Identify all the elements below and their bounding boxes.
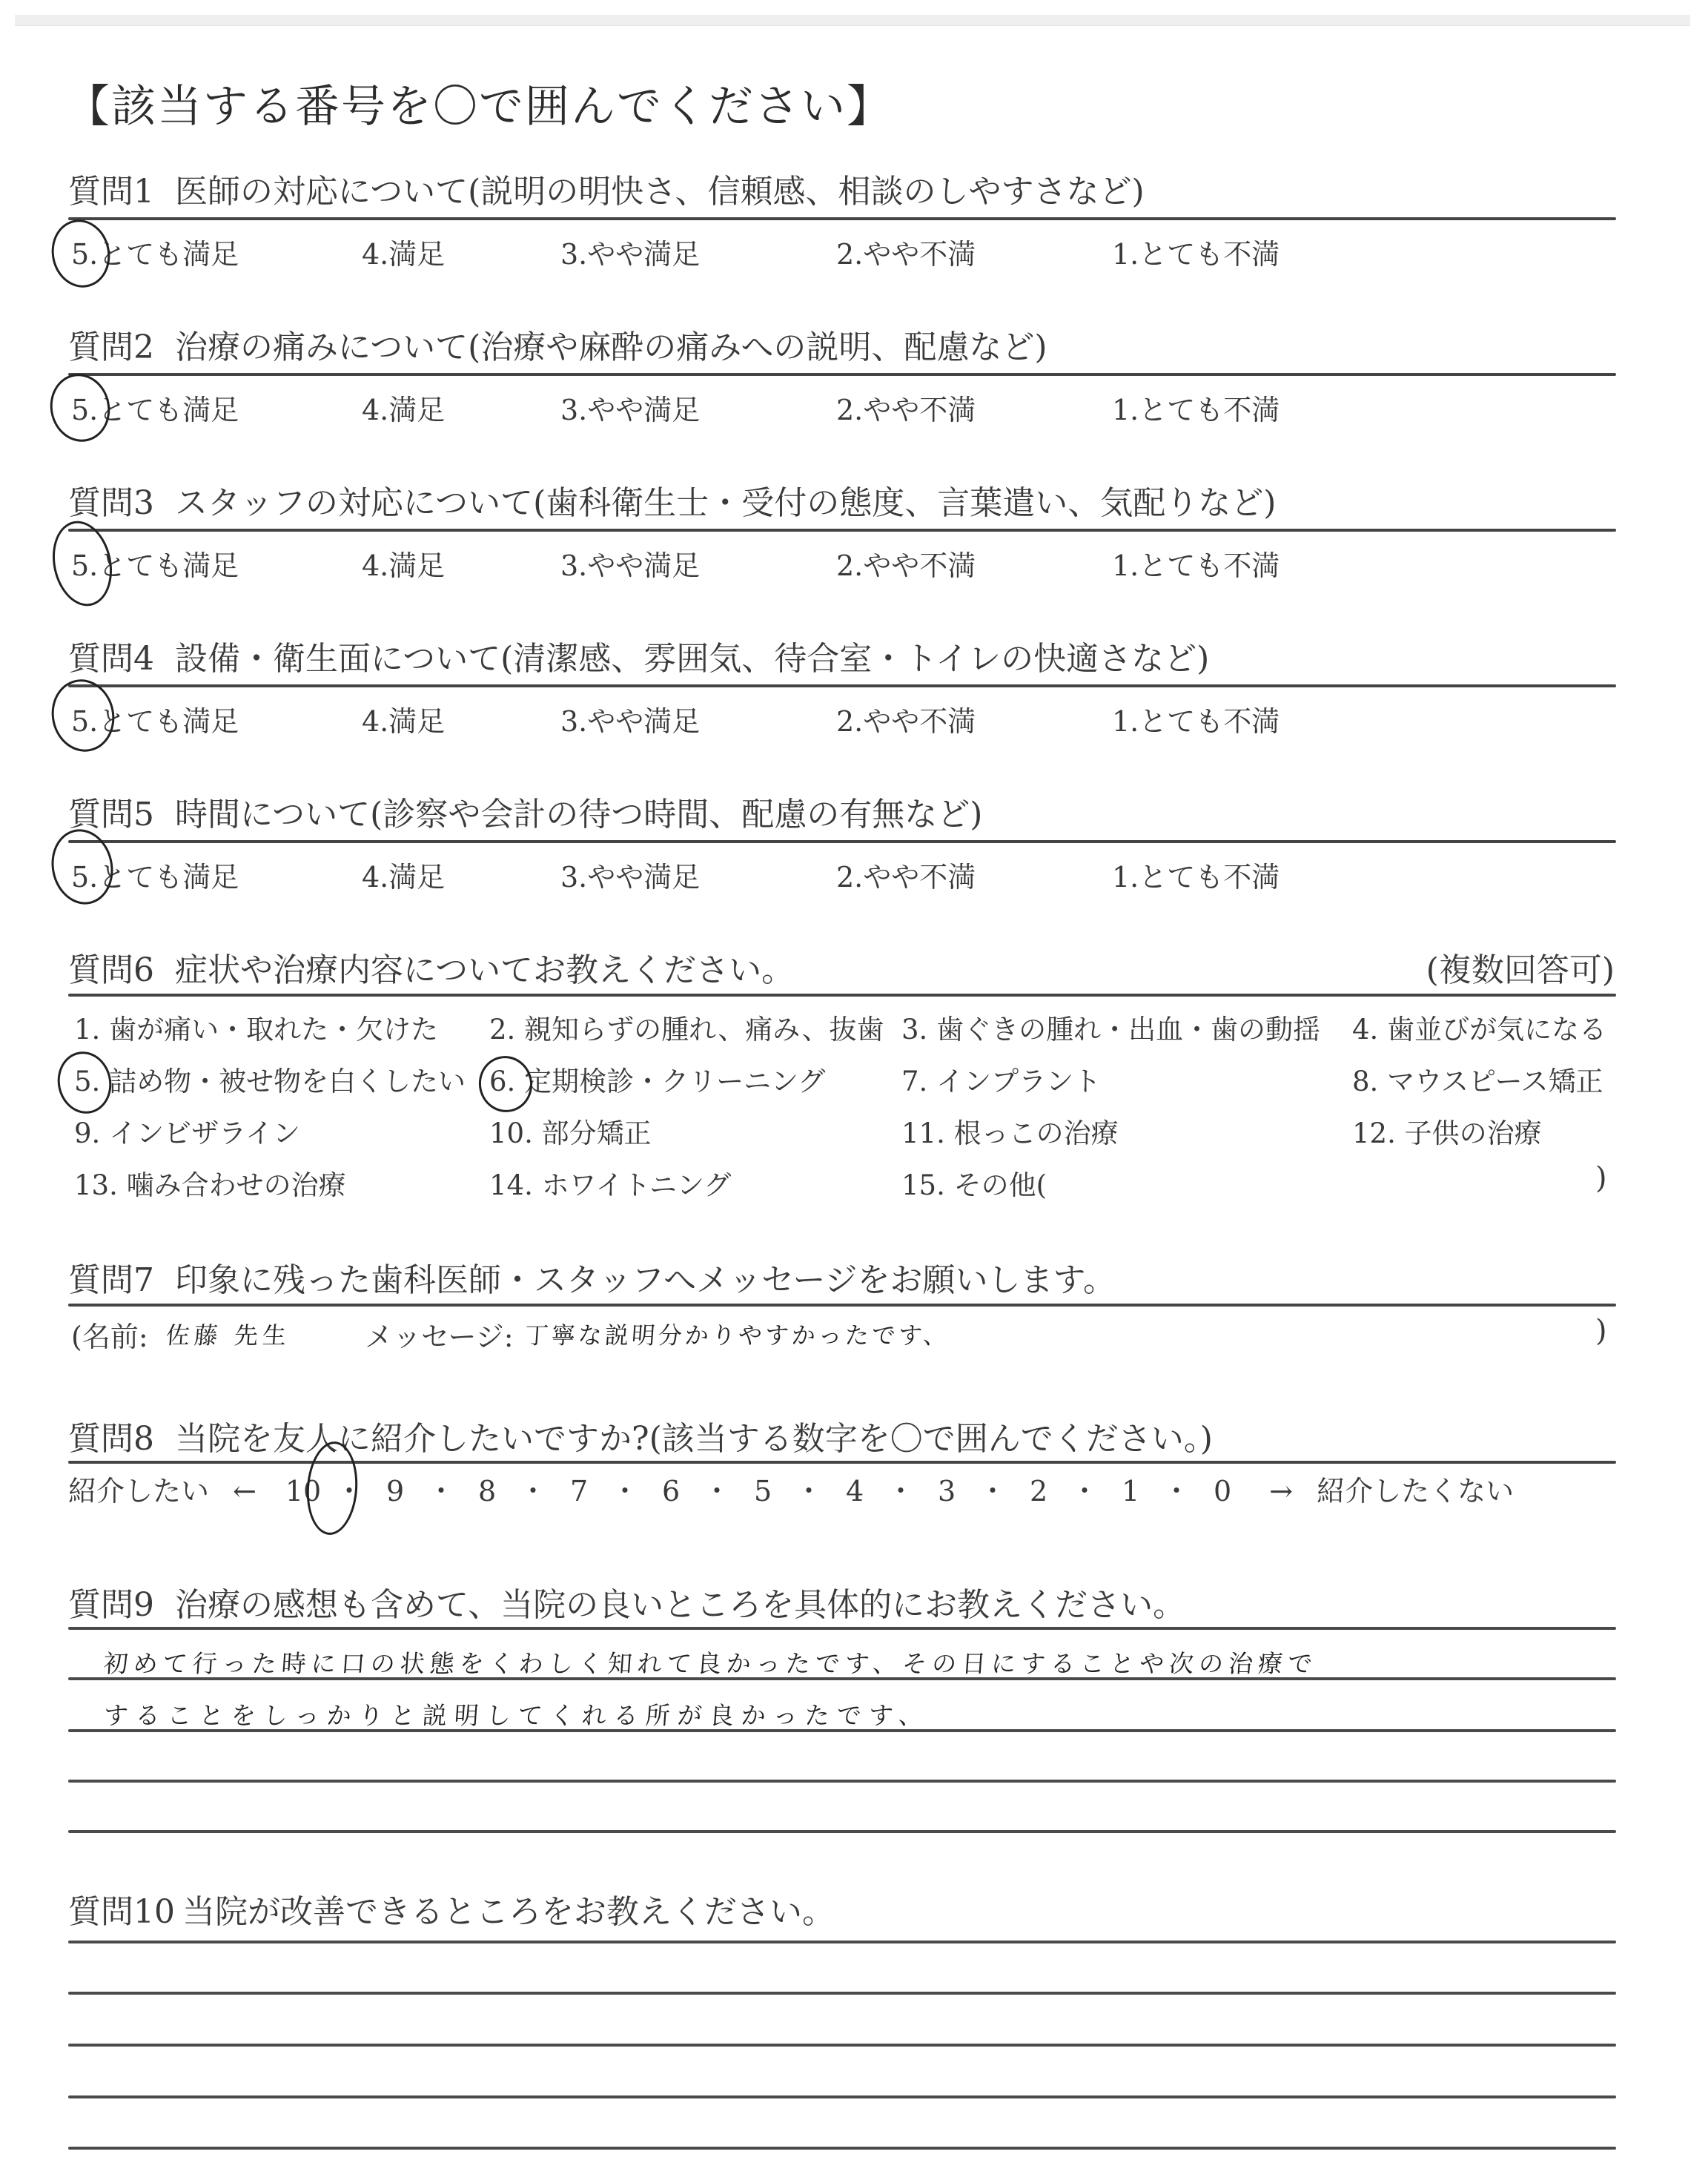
question-number: 質問1 bbox=[68, 173, 154, 211]
rating-option-1[interactable]: 1.とても不満 bbox=[1112, 854, 1280, 895]
answer-line-1-text[interactable]: 初めて行った時に口の状態をくわしく知れて良かったです、その日にすることや次の治療… bbox=[102, 1645, 1319, 1680]
question-5-heading: 質問5時間について(診察や会計の待つ時間、配慮の有無など) bbox=[68, 787, 982, 835]
separator: ・ bbox=[510, 1468, 556, 1509]
message-close-paren: ) bbox=[1595, 1314, 1607, 1348]
selection-circle bbox=[45, 214, 116, 293]
name-answer[interactable]: 佐藤 先生 bbox=[165, 1317, 291, 1351]
rating-option-2[interactable]: 2.やや不満 bbox=[836, 231, 976, 272]
question-number: 質問2 bbox=[68, 328, 154, 366]
symptom-option-4[interactable]: 4. 歯並びが気になる bbox=[1352, 1007, 1606, 1047]
rating-option-1[interactable]: 1.とても不満 bbox=[1112, 698, 1280, 739]
answer-line bbox=[68, 1992, 1616, 1995]
message-row: (名前: bbox=[71, 1314, 148, 1355]
symptom-option-11[interactable]: 11. 根っこの治療 bbox=[901, 1111, 1119, 1151]
scale-option-7[interactable]: 7 bbox=[556, 1475, 602, 1507]
scan-top-edge bbox=[15, 15, 1690, 26]
rating-option-3[interactable]: 3.やや満足 bbox=[560, 231, 700, 272]
divider bbox=[68, 994, 1616, 997]
separator: ・ bbox=[694, 1468, 740, 1509]
scale-option-6[interactable]: 6 bbox=[648, 1475, 694, 1507]
symptom-option-3[interactable]: 3. 歯ぐきの腫れ・出血・歯の動揺 bbox=[901, 1007, 1320, 1047]
question-number: 質問10 bbox=[68, 1893, 175, 1931]
question-text: 時間について(診察や会計の待つ時間、配慮の有無など) bbox=[175, 796, 982, 833]
answer-line bbox=[68, 2095, 1616, 2098]
separator: ・ bbox=[1062, 1468, 1108, 1509]
question-number: 質問5 bbox=[68, 796, 154, 833]
answer-line-2-text[interactable]: することをしっかりと説明してくれる所が良かったです、 bbox=[102, 1697, 932, 1731]
rating-option-3[interactable]: 3.やや満足 bbox=[560, 387, 700, 428]
question-number: 質問3 bbox=[68, 484, 154, 522]
question-text: 設備・衛生面について(清潔感、雰囲気、待合室・トイレの快適さなど) bbox=[175, 640, 1209, 678]
divider bbox=[68, 217, 1616, 220]
separator: ・ bbox=[1153, 1468, 1199, 1509]
question-text: スタッフの対応について(歯科衛生士・受付の態度、言葉遣い、気配りなど) bbox=[175, 484, 1276, 522]
separator: ・ bbox=[970, 1468, 1016, 1509]
other-close-paren: ) bbox=[1595, 1161, 1607, 1195]
divider bbox=[68, 684, 1616, 687]
question-1-heading: 質問1医師の対応について(説明の明快さ、信頼感、相談のしやすさなど) bbox=[68, 165, 1145, 212]
scale-option-8[interactable]: 8 bbox=[464, 1475, 510, 1507]
separator: ・ bbox=[418, 1468, 464, 1509]
scale-option-3[interactable]: 3 bbox=[924, 1475, 970, 1507]
separator: ・ bbox=[878, 1468, 924, 1509]
rating-option-4[interactable]: 4.満足 bbox=[362, 698, 445, 739]
symptom-option-1[interactable]: 1. 歯が痛い・取れた・欠けた bbox=[74, 1007, 438, 1047]
rating-option-2[interactable]: 2.やや不満 bbox=[836, 698, 976, 739]
symptom-option-7[interactable]: 7. インプラント bbox=[901, 1059, 1101, 1099]
rating-option-3[interactable]: 3.やや満足 bbox=[560, 543, 700, 584]
scale-option-1[interactable]: 1 bbox=[1108, 1475, 1153, 1507]
question-number: 質問4 bbox=[68, 640, 154, 678]
question-6-heading: 質問6症状や治療内容についてお教えください。 bbox=[68, 943, 794, 991]
selection-circle bbox=[52, 1046, 117, 1118]
rating-option-4[interactable]: 4.満足 bbox=[362, 854, 445, 895]
answer-line bbox=[68, 1677, 1616, 1680]
left-arrow-icon: ← bbox=[233, 1475, 256, 1507]
scale-option-4[interactable]: 4 bbox=[832, 1475, 878, 1507]
question-text: 治療の感想も含めて、当院の良いところを具体的にお教えください。 bbox=[175, 1586, 1185, 1624]
answer-line bbox=[68, 1627, 1616, 1630]
question-10-heading: 質問10当院が改善できるところをお教えください。 bbox=[68, 1885, 835, 1932]
rating-option-2[interactable]: 2.やや不満 bbox=[836, 543, 976, 584]
symptom-option-5[interactable]: 5. 詰め物・被せ物を白くしたい bbox=[74, 1059, 466, 1099]
question-number: 質問7 bbox=[68, 1261, 154, 1299]
page-title: 【該当する番号を〇で囲んでください】 bbox=[65, 71, 893, 135]
answer-line bbox=[68, 1729, 1616, 1732]
divider bbox=[68, 529, 1616, 532]
scale-right-label: 紹介したくない bbox=[1317, 1468, 1514, 1509]
rating-option-1[interactable]: 1.とても不満 bbox=[1112, 387, 1280, 428]
rating-option-2[interactable]: 2.やや不満 bbox=[836, 387, 976, 428]
message-label-row: メッセージ: bbox=[365, 1314, 514, 1355]
message-answer[interactable]: 丁寧な説明分かりやすかったです、 bbox=[523, 1317, 951, 1351]
rating-option-1[interactable]: 1.とても不満 bbox=[1112, 231, 1280, 272]
rating-option-3[interactable]: 3.やや満足 bbox=[560, 698, 700, 739]
symptom-option-15-other[interactable]: 15. その他( bbox=[901, 1163, 1047, 1203]
answer-line bbox=[68, 1830, 1616, 1833]
scale-option-0[interactable]: 0 bbox=[1199, 1475, 1245, 1507]
question-text: 印象に残った歯科医師・スタッフへメッセージをお願いします。 bbox=[175, 1261, 1116, 1299]
symptom-option-10[interactable]: 10. 部分矯正 bbox=[489, 1111, 652, 1151]
answer-line bbox=[68, 1941, 1616, 1943]
question-number: 質問6 bbox=[68, 951, 154, 989]
question-number: 質問9 bbox=[68, 1586, 154, 1624]
selection-circle bbox=[44, 369, 116, 448]
selection-circle bbox=[44, 824, 119, 911]
question-7-heading: 質問7印象に残った歯科医師・スタッフへメッセージをお願いします。 bbox=[68, 1253, 1116, 1301]
symptom-option-6[interactable]: 6. 定期検診・クリーニング bbox=[489, 1059, 825, 1099]
scale-option-9[interactable]: 9 bbox=[372, 1475, 418, 1507]
question-text: 症状や治療内容についてお教えください。 bbox=[175, 951, 794, 989]
rating-option-4[interactable]: 4.満足 bbox=[362, 543, 445, 584]
question-text: 当院が改善できるところをお教えください。 bbox=[182, 1893, 835, 1931]
question-number: 質問8 bbox=[68, 1420, 154, 1458]
question-text: 治療の痛みについて(治療や麻酔の痛みへの説明、配慮など) bbox=[175, 328, 1047, 366]
rating-option-2[interactable]: 2.やや不満 bbox=[836, 854, 976, 895]
scale-left-label: 紹介したい bbox=[68, 1468, 209, 1509]
rating-option-3[interactable]: 3.やや満足 bbox=[560, 854, 700, 895]
right-arrow-icon: → bbox=[1269, 1475, 1293, 1507]
question-2-heading: 質問2治療の痛みについて(治療や麻酔の痛みへの説明、配慮など) bbox=[68, 320, 1047, 368]
divider bbox=[68, 1461, 1616, 1464]
symptom-option-13[interactable]: 13. 噛み合わせの治療 bbox=[74, 1163, 346, 1203]
message-label: メッセージ: bbox=[365, 1321, 514, 1353]
name-label: (名前: bbox=[71, 1321, 148, 1353]
question-8-heading: 質問8当院を友人に紹介したいですか?(該当する数字を〇で囲んでください。) bbox=[68, 1412, 1213, 1459]
separator: ・ bbox=[786, 1468, 832, 1509]
question-9-heading: 質問9治療の感想も含めて、当院の良いところを具体的にお教えください。 bbox=[68, 1578, 1185, 1625]
symptom-option-8[interactable]: 8. マウスピース矯正 bbox=[1352, 1059, 1603, 1099]
separator: ・ bbox=[602, 1468, 648, 1509]
scale-option-2[interactable]: 2 bbox=[1016, 1475, 1062, 1507]
answer-line bbox=[68, 2147, 1616, 2150]
question-text: 医師の対応について(説明の明快さ、信頼感、相談のしやすさなど) bbox=[175, 173, 1145, 211]
rating-option-1[interactable]: 1.とても不満 bbox=[1112, 543, 1280, 584]
symptom-option-9[interactable]: 9. インビザライン bbox=[74, 1111, 300, 1151]
symptom-option-12[interactable]: 12. 子供の治療 bbox=[1352, 1111, 1542, 1151]
divider bbox=[68, 373, 1616, 376]
referral-scale: 紹介したい ← 10・9・8・7・6・5・4・3・2・1・0 → 紹介したくない bbox=[68, 1468, 1514, 1509]
symptom-option-14[interactable]: 14. ホワイトニング bbox=[489, 1163, 731, 1203]
answer-line bbox=[68, 1780, 1616, 1783]
question-4-heading: 質問4設備・衛生面について(清潔感、雰囲気、待合室・トイレの快適さなど) bbox=[68, 632, 1209, 679]
rating-option-4[interactable]: 4.満足 bbox=[362, 387, 445, 428]
question-3-heading: 質問3スタッフの対応について(歯科衛生士・受付の態度、言葉遣い、気配りなど) bbox=[68, 476, 1276, 524]
symptom-option-2[interactable]: 2. 親知らずの腫れ、痛み、抜歯 bbox=[489, 1007, 884, 1047]
multiple-answers-note: (複数回答可) bbox=[1426, 943, 1615, 991]
divider bbox=[68, 840, 1616, 843]
divider bbox=[68, 1304, 1616, 1307]
answer-line bbox=[68, 2044, 1616, 2047]
rating-option-4[interactable]: 4.満足 bbox=[362, 231, 445, 272]
scale-option-5[interactable]: 5 bbox=[740, 1475, 786, 1507]
